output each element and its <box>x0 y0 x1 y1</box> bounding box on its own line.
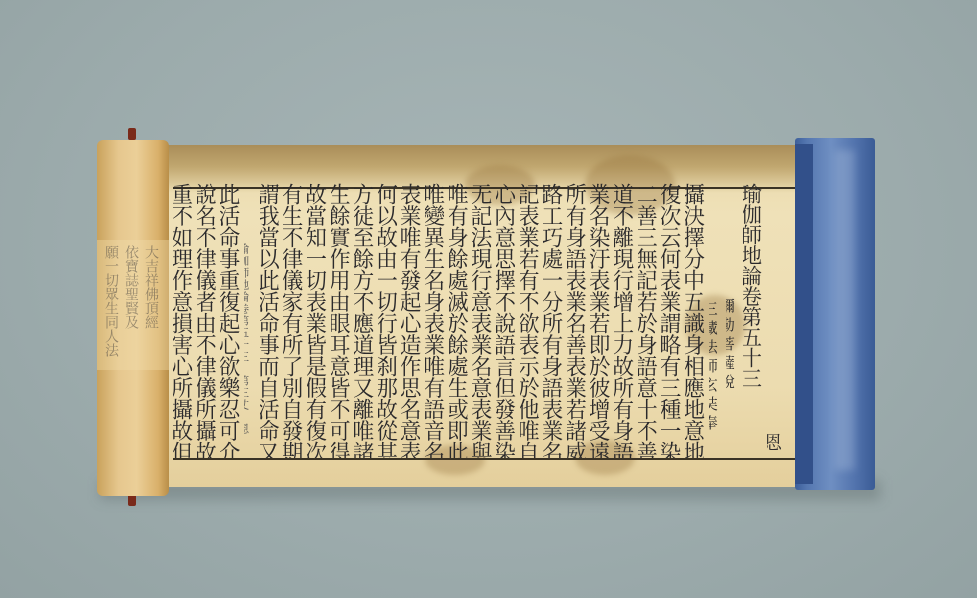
sutra-title: 瑜伽師地論卷第五十三 <box>743 183 767 458</box>
text-column: 唯有身餘處滅於餘處生或即此處 <box>449 183 473 458</box>
text-column: 有生不律儀家有所了別自發期心 <box>283 183 307 458</box>
text-column: 謂我當以此活命事而自活命又於 <box>260 183 284 458</box>
text-column: 記表業若有不欲表示於他唯自起 <box>520 183 544 458</box>
text-columns: 恩 瑜伽師地論卷第五十三 彌勒菩薩說 三藏法師玄奘奉 攝決擇分中五識身相應地意地… <box>173 183 798 458</box>
text-column: 表業唯有發起心造作思名意表業 <box>401 183 425 458</box>
text-column: 无記法現行意表業名意表業與中 <box>472 183 496 458</box>
roller-text: 大吉祥佛頂經 <box>141 245 161 329</box>
scroll-paper: 恩 瑜伽師地論卷第五十三 彌勒菩薩說 三藏法師玄奘奉 攝決擇分中五識身相應地意地… <box>165 145 805 487</box>
text-column: 唯變異生名身表業唯有語音名語 <box>425 183 449 458</box>
text-column: 攝決擇分中五識身相應地意地之三 <box>685 183 709 458</box>
roller-text: 願一切眾生同人法 <box>101 245 121 357</box>
text-column: 復次云何表業謂略有三種一染汙 <box>661 183 685 458</box>
text-column: 生餘實作用由眼耳意皆不可得是 <box>331 183 355 458</box>
text-column: 路工巧處一分所有身語表業名无 <box>543 183 567 458</box>
roller-text: 依寶誌聖賢及 <box>121 245 141 329</box>
text-column: 說名不律儀者由不律儀所攝故極 <box>197 183 221 458</box>
text-column: 此活命事重復起心欲樂忍可介時 <box>220 183 244 458</box>
text-column: 二善三無記若於身語意十不善業 <box>638 183 662 458</box>
margin-note: 瑜伽師地論卷第五十三 第三丈 恩 <box>244 183 260 458</box>
mark: 恩 <box>767 183 788 458</box>
bottom-border-line <box>173 458 798 460</box>
text-column: 心內意思擇不說語言但發善染汙 <box>496 183 520 458</box>
author-line: 彌勒菩薩說 <box>726 183 743 458</box>
text-column: 道不離現行增上力故所有身語表 <box>614 183 638 458</box>
text-column: 業名染汙表業若即於彼增受遠離 <box>590 183 614 458</box>
silk-cover-edge <box>795 144 813 484</box>
left-roller: 大吉祥佛頂經 依寶誌聖賢及 願一切眾生同人法 <box>97 140 169 496</box>
silk-sheen <box>835 150 855 470</box>
translator-line: 三藏法師玄奘奉 <box>709 183 726 458</box>
text-column: 重不如理作意損害心所攝故但成 <box>173 183 197 458</box>
text-column: 所有身語表業名善表業若諸威儀 <box>567 183 591 458</box>
text-column: 故當知一切表業皆是假有復次若 <box>307 183 331 458</box>
text-column: 何以故由一切行皆刹那故從其餘 <box>378 183 402 458</box>
roller-knob-top <box>128 128 136 140</box>
text-column: 方徒至餘方不應道理又離唯諸行 <box>354 183 378 458</box>
